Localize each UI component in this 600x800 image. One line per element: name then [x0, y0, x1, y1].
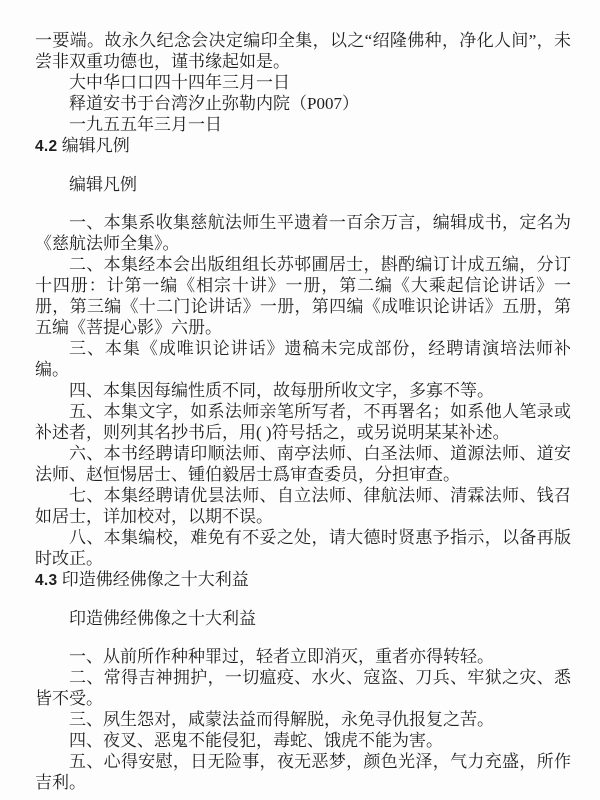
- paragraph: 二、本集经本会出版组组长苏邨圃居士，斟酌编订计成五编，分订十四册：计第一编《相宗…: [35, 254, 571, 338]
- paragraph: 五、本集文字，如系法师亲笔所写者，不再署名；如系他人笔录或补述者，则列其名抄书后…: [35, 401, 571, 443]
- paragraph: 二、常得吉神拥护，一切瘟疫、水火、寇盗、刀兵、牢狱之灾、悉皆不受。: [35, 667, 571, 709]
- paragraph: 印造佛经佛像之十大利益: [35, 608, 571, 629]
- section-heading: 4.2 编辑凡例: [35, 135, 571, 157]
- section-title: 编辑凡例: [62, 136, 130, 155]
- paragraph: 七、本集经聘请优昙法师、自立法师、律航法师、清霖法师、钱召如居士，详加校对，以期…: [35, 485, 571, 527]
- document-viewport: 一要端。故永久纪念会决定编印全集，以之“绍隆佛种，净化人间”，未尝非双重功德也，…: [0, 0, 600, 800]
- section-title: 印造佛经佛像之十大利益: [62, 570, 249, 589]
- blank-line: [35, 629, 571, 646]
- section-heading: 4.3 印造佛经佛像之十大利益: [35, 569, 571, 591]
- section-number: 4.2: [35, 138, 57, 155]
- blank-line: [35, 195, 571, 212]
- paragraph: 一九五五年三月一日: [35, 114, 571, 135]
- paragraph: 一要端。故永久纪念会决定编印全集，以之“绍隆佛种，净化人间”，未尝非双重功德也，…: [35, 30, 571, 72]
- paragraph: 三、夙生怨对，咸蒙法益而得解脱，永免寻仇报复之苦。: [35, 709, 571, 730]
- paragraph: 一、本集系收集慈航法师生平遗着一百余万言，编辑成书，定名为《慈航法师全集》。: [35, 212, 571, 254]
- paragraph: 三、本集《成唯识论讲话》遗稿未完成部份，经聘请演培法师补编。: [35, 338, 571, 380]
- document-page: 一要端。故永久纪念会决定编印全集，以之“绍隆佛种，净化人间”，未尝非双重功德也，…: [0, 0, 600, 800]
- paragraph: 五、心得安慰，日无险事，夜无恶梦，颜色光泽，气力充盛，所作吉利。: [35, 751, 571, 793]
- paragraph: 六、本书经聘请印顺法师、南亭法师、白圣法师、道源法师、道安法师、赵恒惕居士、锺伯…: [35, 443, 571, 485]
- paragraph: 四、夜叉、恶鬼不能侵犯，毒蛇、饿虎不能为害。: [35, 730, 571, 751]
- blank-line: [35, 157, 571, 174]
- section-number: 4.3: [35, 572, 57, 589]
- blank-line: [35, 591, 571, 608]
- paragraph: 编辑凡例: [35, 174, 571, 195]
- paragraph: 一、从前所作种种罪过，轻者立即消灭，重者亦得转轻。: [35, 646, 571, 667]
- paragraph: 八、本集编校，难免有不妥之处，请大德时贤惠予指示，以备再版时改正。: [35, 527, 571, 569]
- paragraph: 释道安书于台湾汐止弥勒内院（P007）: [35, 93, 571, 114]
- paragraph: 大中华口口四十四年三月一日: [35, 72, 571, 93]
- paragraph: 四、本集因每编性质不同，故每册所收文字，多寡不等。: [35, 380, 571, 401]
